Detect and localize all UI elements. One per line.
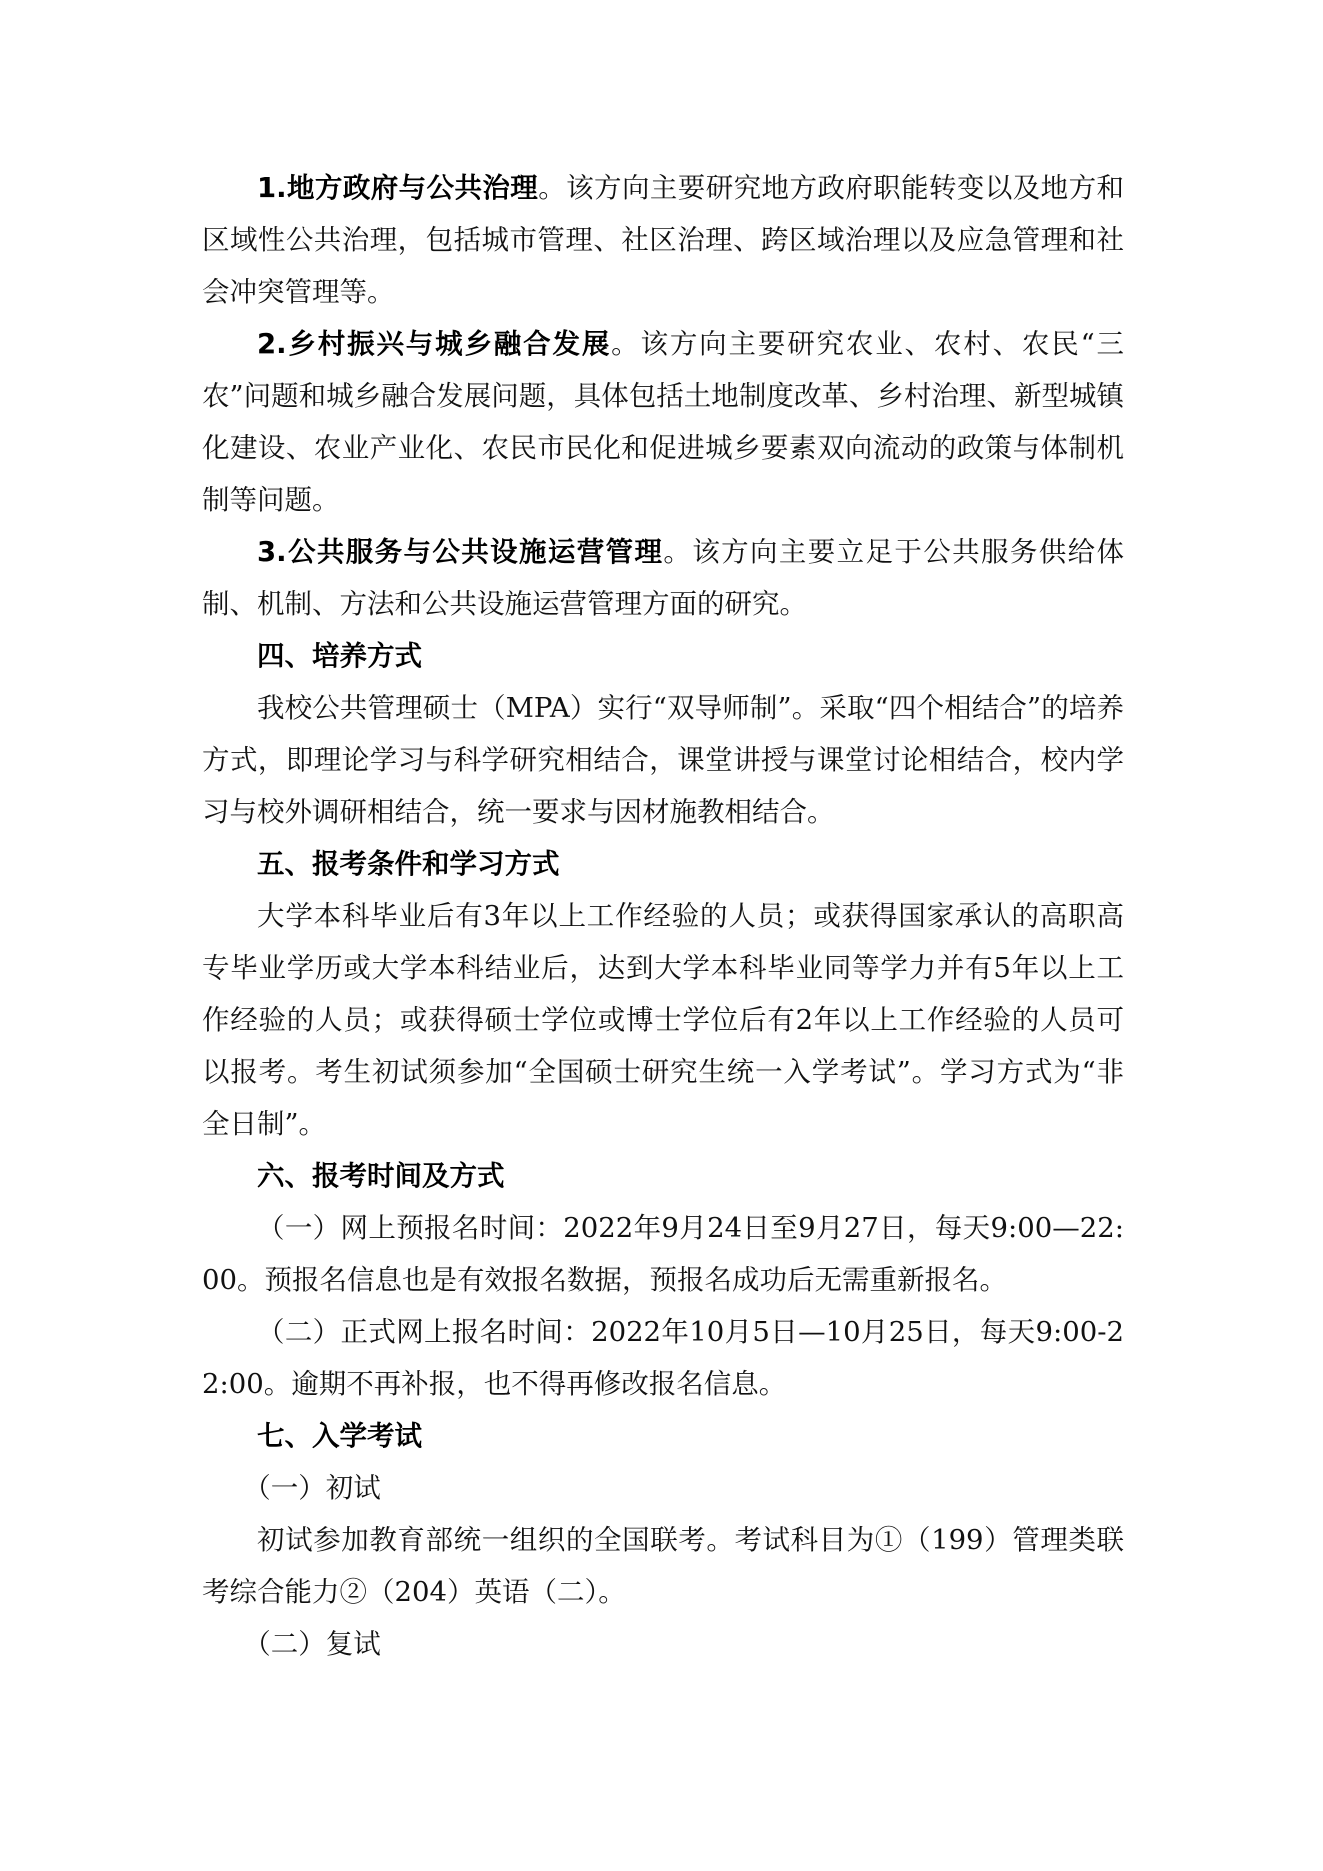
section-heading-exam: 七、入学考试 (202, 1410, 1124, 1462)
exam-preliminary-paragraph: 初试参加教育部统一组织的全国联考。考试科目为①（199）管理类联考综合能力②（2… (202, 1514, 1124, 1618)
registration-item-formal: （二）正式网上报名时间：2022年10月5日—10月25日，每天9:00-22:… (202, 1306, 1124, 1410)
training-paragraph: 我校公共管理硕士（MPA）实行“双导师制”。采取“四个相结合”的培养方式，即理论… (202, 682, 1124, 838)
direction-title-2: 2.乡村振兴与城乡融合发展 (257, 328, 611, 360)
registration-item-pre: （一）网上预报名时间：2022年9月24日至9月27日，每天9:00—22:00… (202, 1202, 1124, 1306)
section-heading-eligibility: 五、报考条件和学习方式 (202, 838, 1124, 890)
section-heading-registration: 六、报考时间及方式 (202, 1150, 1124, 1202)
direction-paragraph-1: 1.地方政府与公共治理。该方向主要研究地方政府职能转变以及地方和区域性公共治理，… (202, 162, 1124, 318)
exam-subheading-retest: （二）复试 (202, 1618, 1124, 1670)
direction-paragraph-2: 2.乡村振兴与城乡融合发展。该方向主要研究农业、农村、农民“三农”问题和城乡融合… (202, 318, 1124, 526)
document-page: 1.地方政府与公共治理。该方向主要研究地方政府职能转变以及地方和区域性公共治理，… (202, 162, 1124, 1670)
direction-paragraph-3: 3.公共服务与公共设施运营管理。该方向主要立足于公共服务供给体制、机制、方法和公… (202, 526, 1124, 630)
eligibility-paragraph: 大学本科毕业后有3年以上工作经验的人员；或获得国家承认的高职高专毕业学历或大学本… (202, 890, 1124, 1150)
direction-title-3: 3.公共服务与公共设施运营管理 (257, 536, 663, 568)
section-heading-training: 四、培养方式 (202, 630, 1124, 682)
exam-subheading-preliminary: （一）初试 (202, 1462, 1124, 1514)
direction-title-1: 1.地方政府与公共治理 (257, 172, 538, 204)
